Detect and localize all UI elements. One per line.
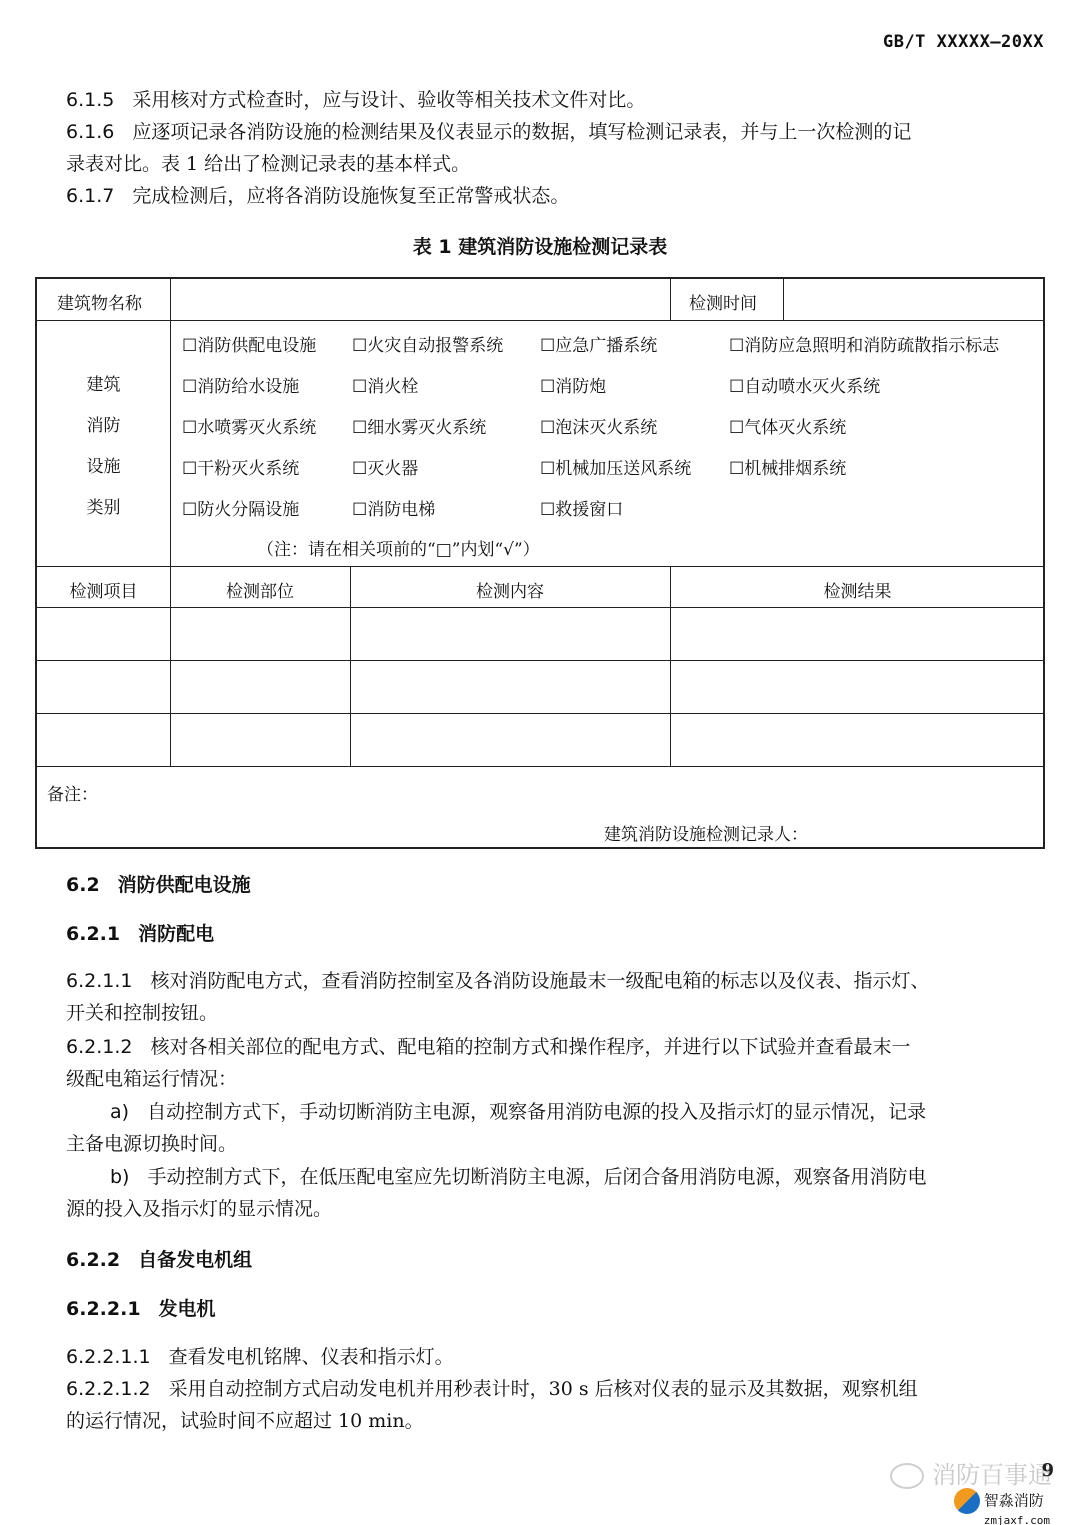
facility-checkbox[interactable]: ☐泡沫灭火系统 [540,413,657,438]
checkbox-icon[interactable]: ☐ [352,336,367,356]
category-label-2: 消防 [37,411,170,436]
checkbox-note: （注：请在相关项前的“□”内划“√”） [257,535,540,560]
facility-checkbox[interactable]: ☐消防供配电设施 [182,331,316,356]
checkbox-label: 泡沫灭火系统 [555,418,657,438]
table-row-2-item[interactable] [39,662,169,712]
building-name-field[interactable] [177,283,665,317]
test-time-label: 检测时间 [689,289,757,314]
clause-6-2-2-1-2: 6.2.2.1.2采用自动控制方式启动发电机并用秒表计时，30 s 后核对仪表的… [66,1373,918,1405]
watermark: 消防百事通 [890,1455,1052,1490]
heading-6-2-2: 6.2.2自备发电机组 [66,1245,252,1272]
facility-checkbox[interactable]: ☐气体灭火系统 [729,413,846,438]
col-header-content: 检测内容 [350,577,670,602]
facility-checkbox[interactable]: ☐水喷雾灭火系统 [182,413,316,438]
checkbox-icon[interactable]: ☐ [352,377,367,397]
inspection-record-table: 建筑物名称 检测时间 建筑 消防 设施 类别 ☐消防供配电设施☐火灾自动报警系统… [35,277,1045,849]
col-header-result: 检测结果 [670,577,1045,602]
list-item-b-cont: 源的投入及指示灯的显示情况。 [66,1193,332,1225]
checkbox-icon[interactable]: ☐ [352,500,367,520]
checkbox-label: 气体灭火系统 [744,418,846,438]
checkbox-icon[interactable]: ☐ [352,418,367,438]
table-row-2-location[interactable] [172,662,349,712]
checkbox-icon[interactable]: ☐ [729,418,744,438]
checkbox-label: 灭火器 [367,459,418,479]
logo-icon [954,1488,980,1514]
facility-checkbox[interactable]: ☐消防应急照明和消防疏散指示标志 [729,331,999,356]
facility-checkbox[interactable]: ☐细水雾灭火系统 [352,413,486,438]
checkbox-icon[interactable]: ☐ [540,500,555,520]
list-item-a: a)自动控制方式下，手动切断消防主电源，观察备用消防电源的投入及指示灯的显示情况… [110,1096,926,1128]
table-row-2-content[interactable] [352,662,669,712]
test-time-field[interactable] [789,283,1039,317]
checkbox-label: 消火栓 [367,377,418,397]
facility-checkbox[interactable]: ☐火灾自动报警系统 [352,331,503,356]
facility-checkbox[interactable]: ☐消火栓 [352,372,418,397]
facility-checkbox[interactable]: ☐消防炮 [540,372,606,397]
checkbox-icon[interactable]: ☐ [540,459,555,479]
table-title: 表 1 建筑消防设施检测记录表 [0,232,1080,259]
checkbox-icon[interactable]: ☐ [182,500,197,520]
checkbox-label: 救援窗口 [555,500,623,520]
checkbox-label: 机械排烟系统 [744,459,846,479]
clause-6-1-5: 6.1.5采用核对方式检查时，应与设计、验收等相关技术文件对比。 [66,84,645,116]
table-row-3-item[interactable] [39,715,169,765]
clause-6-2-1-2-cont: 级配电箱运行情况： [66,1063,237,1095]
category-label-1: 建筑 [37,370,170,395]
facility-checkbox[interactable]: ☐机械排烟系统 [729,454,846,479]
clause-6-1-6: 6.1.6应逐项记录各消防设施的检测结果及仪表显示的数据，填写检测记录表，并与上… [66,116,911,148]
table-row-2-result[interactable] [672,662,1042,712]
facility-checkbox[interactable]: ☐救援窗口 [540,495,623,520]
facility-checkbox[interactable]: ☐消防给水设施 [182,372,299,397]
checkbox-label: 消防给水设施 [197,377,299,397]
list-item-a-cont: 主备电源切换时间。 [66,1128,237,1160]
facility-checkbox[interactable]: ☐机械加压送风系统 [540,454,691,479]
checkbox-icon[interactable]: ☐ [729,459,744,479]
checkbox-icon[interactable]: ☐ [182,418,197,438]
remarks-label: 备注： [47,780,98,805]
checkbox-label: 消防电梯 [367,500,435,520]
col-header-item: 检测项目 [37,577,170,602]
table-row-3-content[interactable] [352,715,669,765]
facility-checkbox[interactable]: ☐消防电梯 [352,495,435,520]
table-row-1-item[interactable] [39,609,169,659]
page-number: 9 [1041,1460,1054,1481]
clause-6-2-1-1: 6.2.1.1核对消防配电方式，查看消防控制室及各消防设施最末一级配电箱的标志以… [66,965,930,997]
facility-checkbox[interactable]: ☐灭火器 [352,454,418,479]
checkbox-label: 机械加压送风系统 [555,459,691,479]
checkbox-label: 消防供配电设施 [197,336,316,356]
table-row-1-content[interactable] [352,609,669,659]
checkbox-label: 应急广播系统 [555,336,657,356]
clause-6-1-7: 6.1.7完成检测后，应将各消防设施恢复至正常警戒状态。 [66,180,569,212]
checkbox-label: 水喷雾灭火系统 [197,418,316,438]
checkbox-label: 细水雾灭火系统 [367,418,486,438]
checkbox-icon[interactable]: ☐ [182,336,197,356]
site-logo: 智淼消防 zmjaxf.com [954,1488,1050,1525]
facility-checkbox[interactable]: ☐自动喷水灭火系统 [729,372,880,397]
heading-6-2-1: 6.2.1消防配电 [66,919,214,946]
checkbox-icon[interactable]: ☐ [540,336,555,356]
table-row-3-location[interactable] [172,715,349,765]
clause-6-2-1-2: 6.2.1.2核对各相关部位的配电方式、配电箱的控制方式和操作程序，并进行以下试… [66,1031,911,1063]
category-label-4: 类别 [37,493,170,518]
heading-6-2: 6.2消防供配电设施 [66,870,251,897]
wechat-icon [890,1463,924,1489]
checkbox-label: 自动喷水灭火系统 [744,377,880,397]
list-item-b: b)手动控制方式下，在低压配电室应先切断消防主电源，后闭合备用消防电源，观察备用… [110,1161,927,1193]
table-row-1-result[interactable] [672,609,1042,659]
facility-checkbox[interactable]: ☐干粉灭火系统 [182,454,299,479]
checkbox-label: 消防应急照明和消防疏散指示标志 [744,336,999,356]
col-header-location: 检测部位 [170,577,350,602]
clause-6-1-6-cont: 录表对比。表 1 给出了检测记录表的基本样式。 [66,148,470,180]
building-name-label: 建筑物名称 [57,289,142,314]
checkbox-icon[interactable]: ☐ [540,418,555,438]
checkbox-icon[interactable]: ☐ [182,459,197,479]
checkbox-label: 消防炮 [555,377,606,397]
checkbox-icon[interactable]: ☐ [729,377,744,397]
facility-checkbox[interactable]: ☐应急广播系统 [540,331,657,356]
table-row-1-location[interactable] [172,609,349,659]
checkbox-icon[interactable]: ☐ [540,377,555,397]
clause-6-2-2-1-2-cont: 的运行情况，试验时间不应超过 10 min。 [66,1405,424,1437]
checkbox-icon[interactable]: ☐ [352,459,367,479]
checkbox-icon[interactable]: ☐ [729,336,744,356]
heading-6-2-2-1: 6.2.2.1发电机 [66,1294,216,1321]
checkbox-label: 防火分隔设施 [197,500,299,520]
table-row-3-result[interactable] [672,715,1042,765]
checkbox-label: 干粉灭火系统 [197,459,299,479]
checkbox-label: 火灾自动报警系统 [367,336,503,356]
clause-6-2-2-1-1: 6.2.2.1.1查看发电机铭牌、仪表和指示灯。 [66,1341,454,1373]
checkbox-icon[interactable]: ☐ [182,377,197,397]
recorder-label: 建筑消防设施检测记录人： [604,820,808,845]
category-label-3: 设施 [37,452,170,477]
clause-6-2-1-1-cont: 开关和控制按钮。 [66,997,218,1029]
facility-checkbox[interactable]: ☐防火分隔设施 [182,495,299,520]
standard-code: GB/T XXXXX—20XX [883,32,1044,52]
